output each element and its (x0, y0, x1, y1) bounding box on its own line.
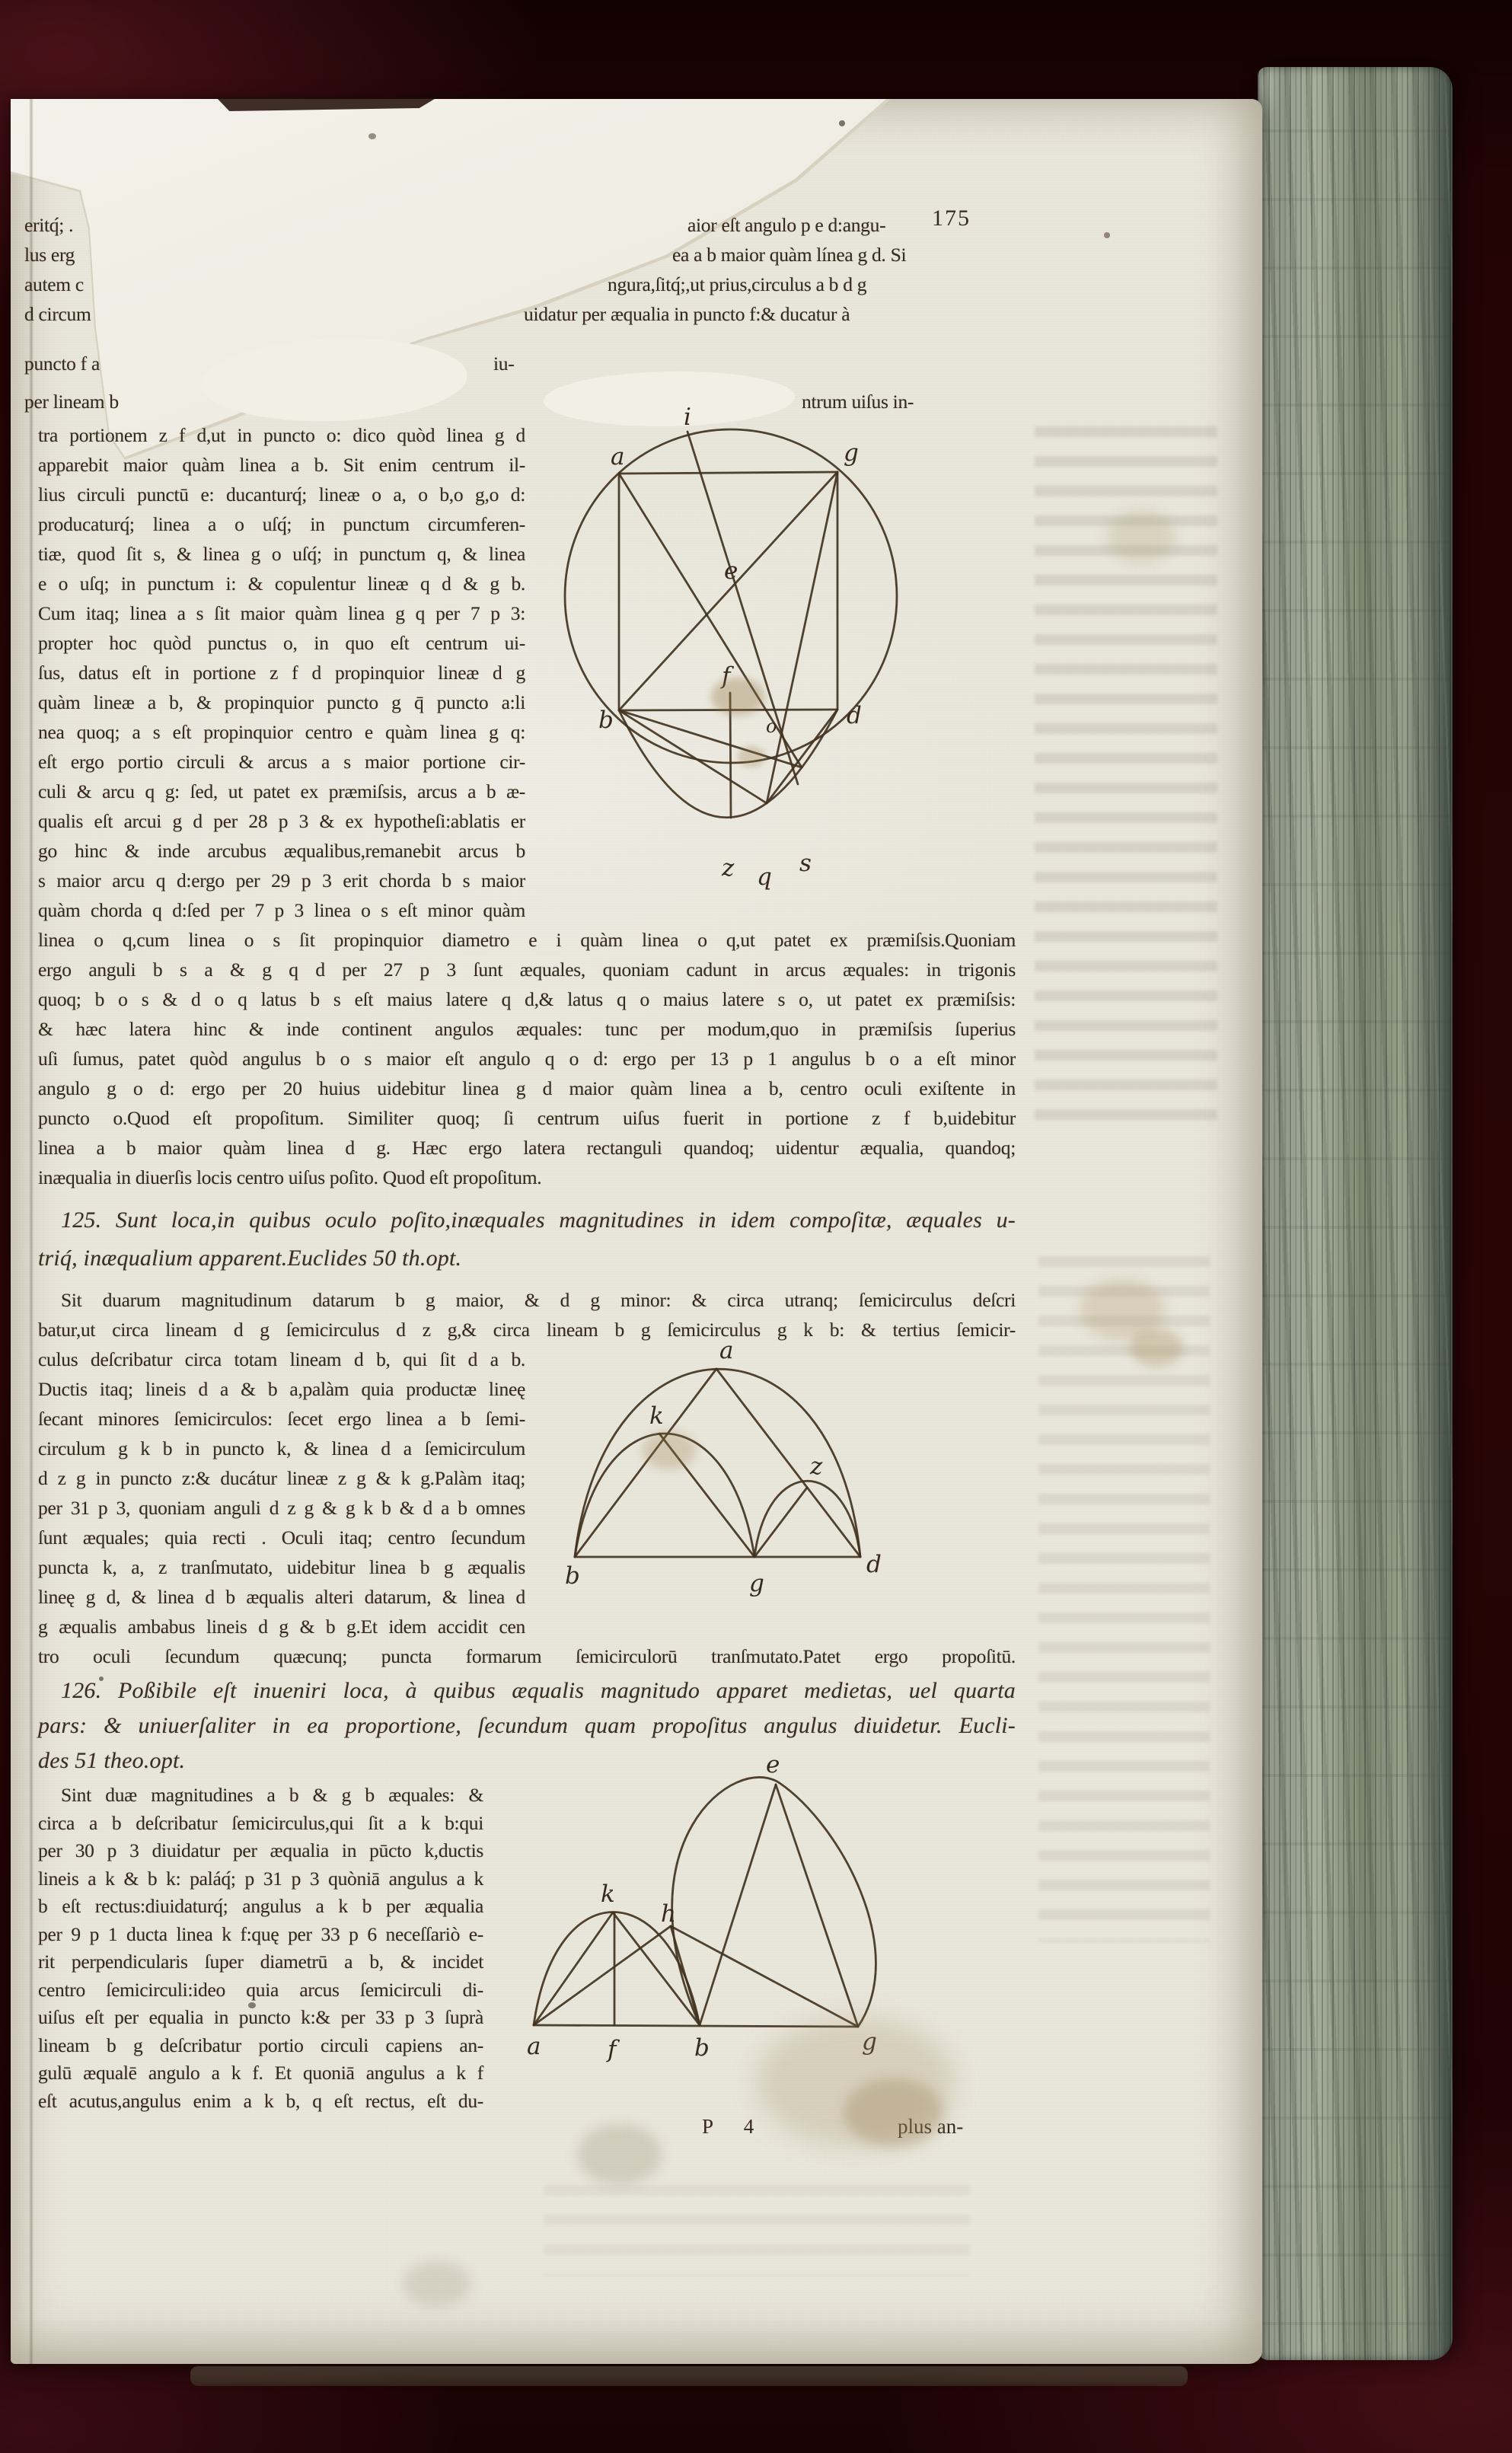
text-line: Sit duarum magnitudinum datarum b g maio… (38, 1285, 1016, 1315)
figure-label: k (649, 1402, 664, 1430)
book-bottom-page-edge (190, 2366, 1188, 2386)
text-line: s maior arcu q d:ergo per 29 p 3 erit ch… (38, 866, 525, 895)
figure-label: s (799, 850, 812, 877)
figure-label: b (598, 707, 614, 734)
figure-label: z (809, 1453, 823, 1480)
prop125-column-text: culus deſcribatur circa totam lineam d b… (38, 1345, 525, 1641)
figure-label: g (749, 1570, 764, 1597)
text-line: Sint duæ magnitudines a b & g b æquales:… (38, 1782, 483, 1810)
text-fragment-right: uidatur per æqualia in puncto f:& ducatu… (524, 303, 850, 326)
text-line: 125. Sunt loca,in quibus oculo poſito,in… (38, 1201, 1016, 1239)
text-line: inæqualia in diuerſis locis centro uiſus… (38, 1163, 1016, 1192)
text-line: centro ſemicirculi:ideo quia arcus ſemic… (38, 1976, 483, 2005)
text-line: uſi ſumus, patet quòd angulus b o s maio… (38, 1044, 1016, 1073)
text-line: go hinc & inde arcubus æqualibus,remaneb… (38, 836, 525, 866)
text-fragment-left: puncto f a (24, 352, 100, 375)
text-fragment-right: iu- (493, 352, 514, 375)
text-line: pars: & uniuerſaliter in ea proportione,… (38, 1708, 1016, 1743)
text-line: apparebit maior quàm linea a b. Sit enim… (38, 450, 525, 480)
text-line: ſecant minores ſemicirculos: ſecet ergo … (38, 1404, 525, 1434)
figure-label: a (527, 2033, 541, 2060)
figure-label: h (661, 1900, 676, 1928)
text-line: tiæ, quod ſit s, & linea g o uſq́; in pu… (38, 539, 525, 569)
text-line: e o uſq; in punctum i: & copulentur line… (38, 569, 525, 598)
prop126-column-text: Sint duæ magnitudines a b & g b æquales:… (38, 1782, 483, 2115)
figure-label: d (866, 1551, 882, 1578)
text-fragment-right: ngura,ſitq́;,ut prius,circulus a b d g (608, 273, 866, 296)
damaged-text-row: eritq́; .aior eſt angulo p e d:angu- (11, 214, 1262, 244)
text-line: angulo g o d: ergo per 20 huius uidebitu… (38, 1073, 1016, 1103)
figure-label: e (766, 1753, 780, 1778)
text-line: linea o q,cum linea o s ſit propinquior … (38, 925, 1016, 955)
prop125-closing-text: tro oculi ſecundum quæcunq; puncta forma… (38, 1641, 1016, 1671)
ink-speck (248, 2002, 256, 2008)
text-line: tra portionem z f d,ut in puncto o: dico… (38, 420, 525, 450)
text-line: propter hoc quòd punctus o, in quo eſt c… (38, 628, 525, 658)
text-line: per 30 p 3 diuidatur per æqualia in pūct… (38, 1837, 483, 1865)
prop124-column-text: tra portionem z f d,ut in puncto o: dico… (38, 420, 525, 925)
text-line: per 31 p 3, quoniam anguli d z g & g k b… (38, 1493, 525, 1523)
book-scan-scene: 175 eritq́; .aior eſt angulo p e d:angu-… (0, 0, 1512, 2453)
text-line: quàm lineæ a b, & propinquior puncto g q… (38, 687, 525, 717)
text-fragment-left: per lineam b (24, 391, 119, 413)
text-line: puncto o.Quod eſt propoſitum. Similiter … (38, 1103, 1016, 1133)
damaged-text-row: puncto f aiu- (11, 352, 1262, 382)
figure-label: a (719, 1340, 733, 1364)
gathering-signature: P 4 (702, 2115, 754, 2139)
text-line: ſunt æquales; quia recti . Oculi itaq; c… (38, 1523, 525, 1552)
text-line: lineam b g deſcribatur portio circuli ca… (38, 2032, 483, 2060)
text-line: quàm chorda q d:ſed per 7 p 3 linea o s … (38, 895, 525, 925)
figure-label: d (847, 702, 862, 729)
stain (643, 1431, 696, 1469)
figure-label: g (844, 439, 859, 467)
stain (1130, 1329, 1183, 1367)
text-fragment-left: eritq́; . (24, 214, 73, 237)
figure-label: z (721, 854, 735, 882)
text-line: producaturq́; linea a o uſq́; in punctum… (38, 509, 525, 539)
text-line: d z g in puncto z:& ducátur lineæ z g & … (38, 1463, 525, 1493)
text-line: tro oculi ſecundum quæcunq; puncta forma… (38, 1641, 1016, 1671)
text-line: b eſt rectus:diuidaturq́; angulus a k b … (38, 1893, 483, 1921)
text-fragment-left: autem c (24, 273, 84, 296)
text-line: gulū æqualē angulo a k f. Et quoniā angu… (38, 2059, 483, 2088)
text-line: eſt acutus,angulus enim a k b, q eſt rec… (38, 2088, 483, 2116)
text-line: Ductis itaq; lineis d a & b a,palàm quia… (38, 1374, 525, 1404)
text-line: ergo anguli b s a & g q d per 27 p 3 ſun… (38, 955, 1016, 984)
figure-label: o (766, 716, 777, 737)
text-line: rit perpendicularis ſuper diametrū a b, … (38, 1948, 483, 1976)
text-line: qualis eſt arcui g d per 28 p 3 & ex hyp… (38, 806, 525, 836)
figure-label: i (684, 404, 691, 431)
stain (738, 746, 765, 767)
text-line: culi & arcu q g: ſed, ut patet ex præmiſ… (38, 777, 525, 806)
text-fragment-right: aior eſt angulo p e d:angu- (687, 214, 885, 237)
text-fragment-left: d circum (24, 303, 91, 326)
figure-label: e (724, 557, 738, 585)
figure-label: a (611, 443, 624, 471)
text-line: circa a b deſcribatur ſemicirculus,qui ſ… (38, 1810, 483, 1838)
text-line: culus deſcribatur circa totam lineam d b… (38, 1345, 525, 1374)
ink-speck (839, 120, 845, 126)
text-line: circulum g k b in puncto k, & linea d a … (38, 1434, 525, 1463)
book-page: 175 eritq́; .aior eſt angulo p e d:angu-… (11, 99, 1262, 2364)
figure-semicircle-and-circle: e k h a f b g (483, 1753, 1016, 2076)
stain (1107, 510, 1175, 563)
figure-label: b (565, 1562, 580, 1590)
prop125-heading: 125. Sunt loca,in quibus oculo poſito,in… (38, 1201, 1016, 1278)
stain (403, 2261, 471, 2307)
text-line: g æqualis ambabus lineis d g & b g.Et id… (38, 1612, 525, 1641)
figure-label: b (694, 2034, 710, 2062)
text-line: & hæc latera hinc & inde continent angul… (38, 1014, 1016, 1044)
damaged-text-row: autem cngura,ſitq́;,ut prius,circulus a … (11, 273, 1262, 303)
text-line: nea quoq; a s eſt propinquior centro e q… (38, 717, 525, 747)
text-line: triq́, inæqualium apparent.Euclides 50 t… (38, 1239, 1016, 1278)
text-line: quoq; b o s & d o q latus b s eſt maius … (38, 984, 1016, 1014)
text-line: ſus, datus eſt in portione z f d propinq… (38, 658, 525, 687)
text-line: linea a b maior quàm linea d g. Hæc ergo… (38, 1133, 1016, 1163)
damaged-text-row: d circumuidatur per æqualia in puncto f:… (11, 303, 1262, 333)
text-fragment-right: ea a b maior quàm línea g d. Si (672, 244, 906, 266)
text-line: lineę g d, & linea d b æqualis alteri da… (38, 1582, 525, 1612)
stain (578, 2124, 662, 2185)
book-fore-edge (1258, 67, 1453, 2360)
figure-label: k (601, 1880, 615, 1908)
text-line: per 9 p 1 ducta linea k f:quę per 33 p 6… (38, 1921, 483, 1949)
ink-speck (99, 1676, 104, 1681)
figure-label: f (606, 2036, 620, 2063)
figure-circle-inscribed-rectangle: i a g e f b d o z q s (547, 388, 1019, 906)
text-line: puncta k, a, z tranſmutato, uidebitur li… (38, 1552, 525, 1582)
figure-three-semicircles: a k z b g d (531, 1340, 981, 1603)
prop124-full-text: linea o q,cum linea o s ſit propinquior … (38, 925, 1016, 1192)
text-line: uiſus eſt per equalia in puncto k:& per … (38, 2004, 483, 2032)
text-line: lineis a k & b k: paláq́; p 31 p 3 quòni… (38, 1865, 483, 1893)
figure-label: q (757, 863, 772, 891)
stain (711, 678, 764, 716)
prop125-intro-text: Sit duarum magnitudinum datarum b g maio… (38, 1285, 1016, 1345)
text-line: lius circuli punctū e: ducanturq́; lineæ… (38, 480, 525, 509)
text-line: 126. Poßibile eſt inueniri loca, à quibu… (38, 1673, 1016, 1708)
damaged-text-row: lus ergea a b maior quàm línea g d. Si (11, 244, 1262, 273)
stain (844, 2078, 943, 2147)
text-line: eſt ergo portio circuli & arcus a s maio… (38, 747, 525, 777)
text-line: Cum itaq; linea a s ſit maior quàm linea… (38, 598, 525, 628)
ink-speck (368, 133, 376, 139)
text-fragment-left: lus erg (24, 244, 75, 266)
ink-speck (1104, 232, 1110, 238)
